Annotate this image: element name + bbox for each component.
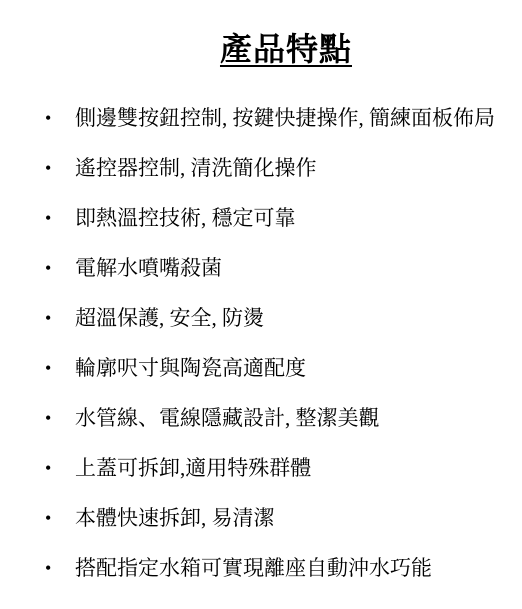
- list-item: • 上蓋可拆卸,適用特殊群體: [0, 456, 522, 480]
- list-item: • 側邊雙按鈕控制, 按鍵快捷操作, 簡練面板佈局: [0, 106, 522, 130]
- feature-text: 電解水噴嘴殺菌: [75, 256, 522, 280]
- bullet-icon: •: [45, 306, 75, 330]
- feature-text: 搭配指定水箱可實現離座自動沖水巧能: [75, 556, 522, 580]
- list-item: • 超溫保護, 安全, 防燙: [0, 306, 522, 330]
- list-item: • 電解水噴嘴殺菌: [0, 256, 522, 280]
- list-item: • 水管線、電線隱藏設計, 整潔美觀: [0, 406, 522, 430]
- feature-text: 本體快速拆卸, 易清潔: [75, 506, 522, 530]
- bullet-icon: •: [45, 456, 75, 480]
- list-item: • 本體快速拆卸, 易清潔: [0, 506, 522, 530]
- feature-list: • 側邊雙按鈕控制, 按鍵快捷操作, 簡練面板佈局 • 遙控器控制, 清洗簡化操…: [0, 106, 522, 580]
- bullet-icon: •: [45, 106, 75, 130]
- bullet-icon: •: [45, 506, 75, 530]
- bullet-icon: •: [45, 156, 75, 180]
- list-item: • 遙控器控制, 清洗簡化操作: [0, 156, 522, 180]
- bullet-icon: •: [45, 556, 75, 580]
- title-wrap: 產品特點: [50, 30, 522, 68]
- bullet-icon: •: [45, 256, 75, 280]
- list-item: • 搭配指定水箱可實現離座自動沖水巧能: [0, 556, 522, 580]
- feature-text: 上蓋可拆卸,適用特殊群體: [75, 456, 522, 480]
- feature-text: 即熱溫控技術, 穩定可靠: [75, 206, 522, 230]
- bullet-icon: •: [45, 356, 75, 380]
- product-features-slide: 產品特點 • 側邊雙按鈕控制, 按鍵快捷操作, 簡練面板佈局 • 遙控器控制, …: [0, 0, 522, 609]
- list-item: • 輪廓呎寸與陶瓷高適配度: [0, 356, 522, 380]
- list-item: • 即熱溫控技術, 穩定可靠: [0, 206, 522, 230]
- bullet-icon: •: [45, 206, 75, 230]
- feature-text: 遙控器控制, 清洗簡化操作: [75, 156, 522, 180]
- page-title: 產品特點: [220, 30, 352, 68]
- feature-text: 水管線、電線隱藏設計, 整潔美觀: [75, 406, 522, 430]
- feature-text: 輪廓呎寸與陶瓷高適配度: [75, 356, 522, 380]
- bullet-icon: •: [45, 406, 75, 430]
- feature-text: 超溫保護, 安全, 防燙: [75, 306, 522, 330]
- feature-text: 側邊雙按鈕控制, 按鍵快捷操作, 簡練面板佈局: [75, 106, 522, 130]
